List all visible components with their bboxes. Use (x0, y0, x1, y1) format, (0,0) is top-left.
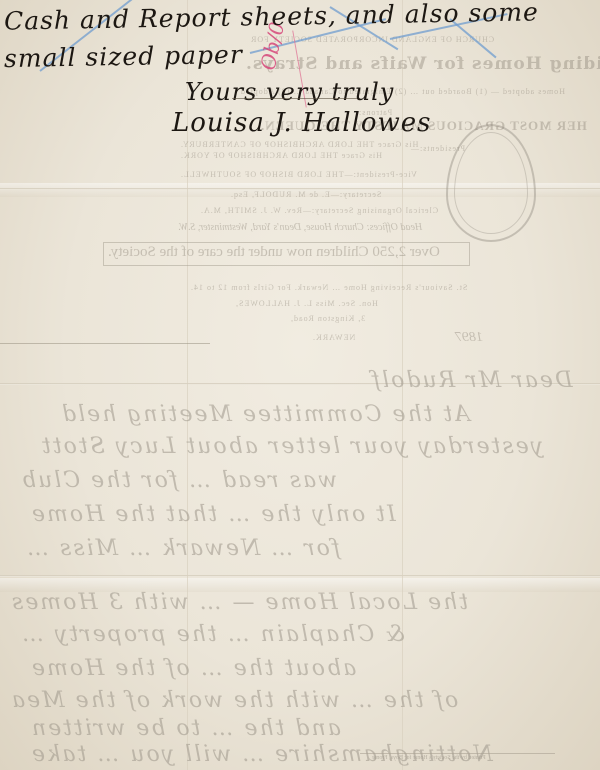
letterhead-president-1: His Grace THE LORD ARCHBISHOP OF CANTERB… (180, 140, 418, 149)
back-text-line: yesterday your letter about Lucy Stott (40, 434, 543, 459)
back-text-line: the Local Home — … with 3 Homes (10, 590, 468, 615)
letter-closing: Yours very truly (185, 78, 394, 106)
back-text-line: was read … for the Club (20, 468, 337, 493)
fold-line (0, 575, 600, 577)
back-text-line: At the Committee Meeting held (60, 402, 470, 427)
back-text-line: and the … to be written (30, 716, 341, 741)
letterhead-vice-president: Vice-President:—THE LORD BISHOP OF SOUTH… (180, 170, 417, 179)
back-text-line: & Chaplain … the property … (20, 622, 405, 647)
closing-underline (232, 98, 357, 99)
letter-page: CHURCH OF ENGLAND INCORPORATED SOCIETY F… (0, 0, 600, 770)
back-text-line: It only the … that the Home (30, 502, 396, 527)
back-text-line: Dear Mr Rudolf (370, 368, 573, 393)
letterhead-local-home: St. Saviour's Receiving Home … Newark. F… (190, 283, 467, 292)
back-text-line: of the … with the work of the Mea (10, 688, 458, 713)
seal-emblem (446, 124, 536, 242)
letterhead-address-street: 3, Kingston Road, (290, 314, 365, 323)
letterhead-president-2: His Grace THE LORD ARCHBISHOP OF YORK. (180, 151, 382, 160)
letterhead-banner: Over 2,250 Children now under the care o… (108, 244, 440, 261)
letterhead-rule (0, 343, 210, 344)
signature: Louisa J. Hallowes (172, 108, 431, 138)
letterhead-organising-secretary: Clerical Organising Secretary:—Rev. W. J… (200, 206, 438, 215)
back-text-line: for … Newark … Miss … (25, 536, 340, 561)
back-text-line: about the … of the Home (30, 656, 356, 681)
letterhead-address-town: NEWARK. (312, 333, 355, 342)
footer-rule (360, 753, 555, 754)
letterhead-head-offices: Head Offices: Church House, Dean's Yard,… (178, 222, 422, 233)
letterhead-secretary: Secretary:—E. de M. RUDOLF, Esq. (230, 190, 381, 199)
handwritten-line-1: Cash and Report sheets, and also some (4, 0, 539, 36)
letterhead-hon-sec: Hon. Sec. Miss L. J. HALLOWES, (235, 299, 378, 308)
handwritten-line-2: small sized paper (4, 40, 243, 73)
letterhead-date: 1897 (455, 330, 483, 346)
printer-footer: Printed by the Society's Home for Boys, … (372, 755, 486, 761)
